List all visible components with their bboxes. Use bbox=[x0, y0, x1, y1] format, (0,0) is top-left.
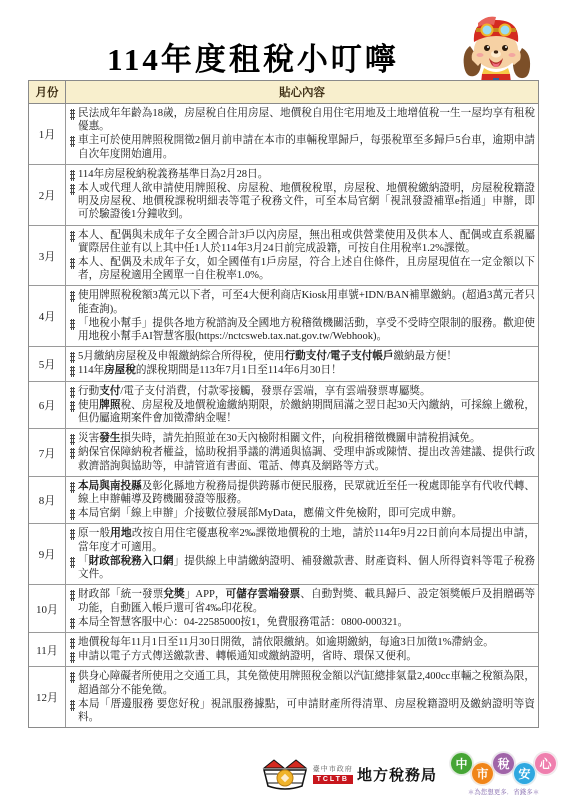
bullet-icon bbox=[70, 109, 75, 120]
content-cell: 5月繳納房屋稅及申報繳納綜合所得稅，使用行動支付/電子支付帳戶繳納最方便！114… bbox=[66, 347, 538, 380]
bullet-icon bbox=[70, 170, 75, 181]
page-header: 114年度租稅小叮嚀 bbox=[0, 0, 566, 80]
reminder-item-text: 本局官網「線上申辦」介接數位發展部MyData，應備文件免檢附，即可完成申辦。 bbox=[78, 507, 462, 520]
reminder-item-text: 114年房屋稅納稅義務基準日為2月28日。 bbox=[78, 168, 268, 181]
month-cell: 8月 bbox=[29, 477, 66, 524]
content-cell: 災害發生損失時，請先拍照並在30天內檢附相關文件，向稅捐稽徵機關申請稅捐減免。納… bbox=[66, 429, 538, 476]
brand-circle: 安 bbox=[513, 762, 536, 785]
table-row: 4月使用牌照稅稅額3萬元以下者，可至4大便利商店Kiosk用車號+IDN/BAN… bbox=[29, 286, 538, 347]
month-cell: 9月 bbox=[29, 524, 66, 584]
reminder-item-text: 申請以電子方式傳送繳款書、轉帳通知或繳納證明，省時、環保又便利。 bbox=[78, 650, 417, 663]
month-cell: 5月 bbox=[29, 347, 66, 380]
table-row: 10月財政部「統一發票兌獎」APP，可儲存雲端發票、自動對獎、載具歸戶、設定領獎… bbox=[29, 585, 538, 633]
bullet-icon bbox=[70, 529, 75, 540]
month-cell: 3月 bbox=[29, 226, 66, 286]
reminder-item-text: 使用牌照稅、房屋稅及地價稅逾繳納期限，於繳納期間屆滿之翌日起30天內繳納，可採線… bbox=[78, 399, 535, 425]
month-cell: 11月 bbox=[29, 633, 66, 666]
reminder-item: 車主可於使用牌照稅開徵2個月前申請在本市的車輛稅單歸戶，每張稅單至多歸戶5台車，… bbox=[70, 134, 535, 160]
reminder-item: 114年房屋稅的課稅期間是113年7月1日至114年6月30日！ bbox=[70, 364, 535, 377]
brand-circle: 市 bbox=[471, 762, 494, 785]
brand-slogan: ＊為您想更多．省錢多＊ bbox=[468, 787, 540, 796]
bureau-logo: 臺中市政府 TCLTB 地方稅務局 bbox=[262, 758, 437, 790]
content-cell: 行動支付/電子支付消費，付款零接觸，發票存雲端，享有雲端發票專屬獎。使用牌照稅、… bbox=[66, 382, 538, 429]
reminder-item-text: 「地稅小幫手」提供各地方稅諮詢及全國地方稅稽徵機關活動，享受不受時空限制的服務。… bbox=[78, 317, 535, 343]
reminder-item: 使用牌照稅稅額3萬元以下者，可至4大便利商店Kiosk用車號+IDN/BAN補單… bbox=[70, 289, 535, 315]
reminder-item: 供身心障礙者所使用之交通工具，其免徵使用牌照稅金額以汽缸總排氣量2,400cc車… bbox=[70, 670, 535, 696]
content-header-cell: 貼心內容 bbox=[66, 81, 538, 103]
bureau-name: 地方稅務局 bbox=[357, 764, 437, 785]
brand-circle: 心 bbox=[534, 752, 557, 775]
bullet-icon bbox=[70, 291, 75, 302]
bullet-icon bbox=[70, 509, 75, 520]
table-row: 7月災害發生損失時，請先拍照並在30天內檢附相關文件，向稅捐稽徵機關申請稅捐減免… bbox=[29, 429, 538, 477]
bullet-icon bbox=[70, 482, 75, 493]
reminder-item: 「財政部稅務入口網」提供線上申請繳納證明、補發繳款書、財產資料、個人所得資料等電… bbox=[70, 555, 535, 581]
page-footer: 臺中市政府 TCLTB 地方稅務局 中市稅安心 ＊為您想更多．省錢多＊ bbox=[0, 748, 556, 800]
reminder-item: 民法成年年齡為18歲，房屋稅自住用房屋、地價稅自用住宅用地及土地增值稅一生一屋均… bbox=[70, 107, 535, 133]
reminder-item: 納保官保障納稅者權益，協助稅捐爭議的溝通與協調、受理申訴或陳情、提出改善建議、提… bbox=[70, 446, 535, 472]
reminder-item: 原一般用地改按自用住宅優惠稅率2‰課徵地價稅的土地，請於114年9月22日前向本… bbox=[70, 527, 535, 553]
month-cell: 12月 bbox=[29, 667, 66, 727]
reminder-item: 地價稅每年11月1日至11月30日開徵，請依限繳納。如逾期繳納，每逾3日加徵1%… bbox=[70, 636, 535, 649]
reminder-item-text: 本局全智慧客服中心：04-22585000按1，免費服務電話：0800-0003… bbox=[78, 616, 408, 629]
bullet-icon bbox=[70, 387, 75, 398]
bureau-government-name: 臺中市政府 bbox=[313, 764, 353, 774]
page-title: 114年度租稅小叮嚀 bbox=[0, 34, 506, 79]
bullet-icon bbox=[70, 618, 75, 629]
content-cell: 原一般用地改按自用住宅優惠稅率2‰課徵地價稅的土地，請於114年9月22日前向本… bbox=[66, 524, 538, 584]
reminder-item: 5月繳納房屋稅及申報繳納綜合所得稅，使用行動支付/電子支付帳戶繳納最方便！ bbox=[70, 350, 535, 363]
bureau-abbr-badge: TCLTB bbox=[313, 775, 353, 784]
table-row: 1月民法成年年齡為18歲，房屋稅自住用房屋、地價稅自用住宅用地及土地增值稅一生一… bbox=[29, 104, 538, 165]
reminder-item-text: 本人、配偶與未成年子女全國合計3戶以內房屋，無出租或供營業使用及供本人、配偶或直… bbox=[78, 229, 535, 255]
reminder-item: 114年房屋稅納稅義務基準日為2月28日。 bbox=[70, 168, 535, 181]
reminder-item-text: 本局「厝邊服務 要您好稅」視訊服務據點，可申請財產所得清單、房屋稅籍證明及繳納證… bbox=[78, 698, 535, 724]
bullet-icon bbox=[70, 258, 75, 269]
reminder-item: 「地稅小幫手」提供各地方稅諮詢及全國地方稅稽徵機關活動，享受不受時空限制的服務。… bbox=[70, 317, 535, 343]
reminder-item-text: 本人、配偶及未成年子女，如全國僅有1戶房屋，符合上述自住條件，且房屋現值在一定金… bbox=[78, 256, 535, 282]
reminder-table: 月份 貼心內容 1月民法成年年齡為18歲，房屋稅自住用房屋、地價稅自用住宅用地及… bbox=[28, 80, 539, 728]
content-cell: 本人、配偶與未成年子女全國合計3戶以內房屋，無出租或供營業使用及供本人、配偶或直… bbox=[66, 226, 538, 286]
month-cell: 1月 bbox=[29, 104, 66, 164]
reminder-item-text: 行動支付/電子支付消費，付款零接觸，發票存雲端，享有雲端發票專屬獎。 bbox=[78, 385, 431, 398]
reminder-item: 本人、配偶與未成年子女全國合計3戶以內房屋，無出租或供營業使用及供本人、配偶或直… bbox=[70, 229, 535, 255]
bureau-logo-icon bbox=[262, 758, 308, 790]
month-cell: 7月 bbox=[29, 429, 66, 476]
bullet-icon bbox=[70, 366, 75, 377]
reminder-item: 災害發生損失時，請先拍照並在30天內檢附相關文件，向稅捐稽徵機關申請稅捐減免。 bbox=[70, 432, 535, 445]
bullet-icon bbox=[70, 652, 75, 663]
reminder-item-text: 災害發生損失時，請先拍照並在30天內檢附相關文件，向稅捐稽徵機關申請稅捐減免。 bbox=[78, 432, 481, 445]
reminder-item-text: 地價稅每年11月1日至11月30日開徵，請依限繳納。如逾期繳納，每逾3日加徵1%… bbox=[78, 636, 494, 649]
reminder-item-text: 使用牌照稅稅額3萬元以下者，可至4大便利商店Kiosk用車號+IDN/BAN補單… bbox=[78, 289, 535, 315]
reminder-item-text: 「財政部稅務入口網」提供線上申請繳納證明、補發繳款書、財產資料、個人所得資料等電… bbox=[78, 555, 535, 581]
reminder-item: 行動支付/電子支付消費，付款零接觸，發票存雲端，享有雲端發票專屬獎。 bbox=[70, 385, 535, 398]
reminder-item: 本局「厝邊服務 要您好稅」視訊服務據點，可申請財產所得清單、房屋稅籍證明及繳納證… bbox=[70, 698, 535, 724]
brand-circle: 稅 bbox=[492, 752, 515, 775]
content-cell: 114年房屋稅納稅義務基準日為2月28日。本人或代理人欲申請使用牌照稅、房屋稅、… bbox=[66, 165, 538, 225]
month-cell: 2月 bbox=[29, 165, 66, 225]
table-row: 8月本局與南投縣及彰化縣地方稅務局提供跨縣市便民服務，民眾就近至任一稅處即能享有… bbox=[29, 477, 538, 525]
brand-circles: 中市稅安心 bbox=[451, 752, 556, 786]
month-header-cell: 月份 bbox=[29, 81, 66, 103]
table-row: 11月地價稅每年11月1日至11月30日開徵，請依限繳納。如逾期繳納，每逾3日加… bbox=[29, 633, 538, 667]
brand-logo: 中市稅安心 ＊為您想更多．省錢多＊ bbox=[451, 752, 556, 796]
bullet-icon bbox=[70, 557, 75, 568]
reminder-item-text: 原一般用地改按自用住宅優惠稅率2‰課徵地價稅的土地，請於114年9月22日前向本… bbox=[78, 527, 535, 553]
table-row: 5月5月繳納房屋稅及申報繳納綜合所得稅，使用行動支付/電子支付帳戶繳納最方便！1… bbox=[29, 347, 538, 381]
table-header-row: 月份 貼心內容 bbox=[29, 81, 538, 104]
reminder-item-text: 財政部「統一發票兌獎」APP，可儲存雲端發票、自動對獎、載具歸戶、設定領獎帳戶及… bbox=[78, 588, 535, 614]
month-cell: 10月 bbox=[29, 585, 66, 632]
content-cell: 地價稅每年11月1日至11月30日開徵，請依限繳納。如逾期繳納，每逾3日加徵1%… bbox=[66, 633, 538, 666]
bullet-icon bbox=[70, 184, 75, 195]
month-cell: 6月 bbox=[29, 382, 66, 429]
table-row: 12月供身心障礙者所使用之交通工具，其免徵使用牌照稅金額以汽缸總排氣量2,400… bbox=[29, 667, 538, 727]
table-row: 2月114年房屋稅納稅義務基準日為2月28日。本人或代理人欲申請使用牌照稅、房屋… bbox=[29, 165, 538, 226]
reminder-item: 本局官網「線上申辦」介接數位發展部MyData，應備文件免檢附，即可完成申辦。 bbox=[70, 507, 535, 520]
bullet-icon bbox=[70, 231, 75, 242]
reminder-item-text: 民法成年年齡為18歲，房屋稅自住用房屋、地價稅自用住宅用地及土地增值稅一生一屋均… bbox=[78, 107, 535, 133]
reminder-item: 本人、配偶及未成年子女，如全國僅有1戶房屋，符合上述自住條件，且房屋現值在一定金… bbox=[70, 256, 535, 282]
reminder-table-body: 1月民法成年年齡為18歲，房屋稅自住用房屋、地價稅自用住宅用地及土地增值稅一生一… bbox=[29, 104, 538, 727]
content-cell: 財政部「統一發票兌獎」APP，可儲存雲端發票、自動對獎、載具歸戶、設定領獎帳戶及… bbox=[66, 585, 538, 632]
reminder-item: 本人或代理人欲申請使用牌照稅、房屋稅、地價稅稅單，房屋稅、地價稅繳納證明，房屋稅… bbox=[70, 182, 535, 222]
reminder-item-text: 納保官保障納稅者權益，協助稅捐爭議的溝通與協調、受理申訴或陳情、提出改善建議、提… bbox=[78, 446, 535, 472]
bullet-icon bbox=[70, 434, 75, 445]
reminder-item: 財政部「統一發票兌獎」APP，可儲存雲端發票、自動對獎、載具歸戶、設定領獎帳戶及… bbox=[70, 588, 535, 614]
reminder-item-text: 本局與南投縣及彰化縣地方稅務局提供跨縣市便民服務，民眾就近至任一稅處即能享有代收… bbox=[78, 480, 535, 506]
reminder-item-text: 本人或代理人欲申請使用牌照稅、房屋稅、地價稅稅單，房屋稅、地價稅繳納證明，房屋稅… bbox=[78, 182, 535, 222]
month-cell: 4月 bbox=[29, 286, 66, 346]
reminder-item-text: 5月繳納房屋稅及申報繳納綜合所得稅，使用行動支付/電子支付帳戶繳納最方便！ bbox=[78, 350, 457, 363]
reminder-item-text: 114年房屋稅的課稅期間是113年7月1日至114年6月30日！ bbox=[78, 364, 342, 377]
content-cell: 供身心障礙者所使用之交通工具，其免徵使用牌照稅金額以汽缸總排氣量2,400cc車… bbox=[66, 667, 538, 727]
bullet-icon bbox=[70, 136, 75, 147]
content-cell: 本局與南投縣及彰化縣地方稅務局提供跨縣市便民服務，民眾就近至任一稅處即能享有代收… bbox=[66, 477, 538, 524]
bullet-icon bbox=[70, 401, 75, 412]
bullet-icon bbox=[70, 448, 75, 459]
reminder-item-text: 供身心障礙者所使用之交通工具，其免徵使用牌照稅金額以汽缸總排氣量2,400cc車… bbox=[78, 670, 535, 696]
bullet-icon bbox=[70, 672, 75, 683]
bullet-icon bbox=[70, 700, 75, 711]
reminder-item: 使用牌照稅、房屋稅及地價稅逾繳納期限，於繳納期間屆滿之翌日起30天內繳納，可採線… bbox=[70, 399, 535, 425]
brand-circle: 中 bbox=[450, 752, 473, 775]
reminder-item: 本局與南投縣及彰化縣地方稅務局提供跨縣市便民服務，民眾就近至任一稅處即能享有代收… bbox=[70, 480, 535, 506]
content-cell: 使用牌照稅稅額3萬元以下者，可至4大便利商店Kiosk用車號+IDN/BAN補單… bbox=[66, 286, 538, 346]
bullet-icon bbox=[70, 590, 75, 601]
table-row: 9月原一般用地改按自用住宅優惠稅率2‰課徵地價稅的土地，請於114年9月22日前… bbox=[29, 524, 538, 585]
bullet-icon bbox=[70, 352, 75, 363]
content-cell: 民法成年年齡為18歲，房屋稅自住用房屋、地價稅自用住宅用地及土地增值稅一生一屋均… bbox=[66, 104, 538, 164]
reminder-item-text: 車主可於使用牌照稅開徵2個月前申請在本市的車輛稅單歸戶，每張稅單至多歸戶5台車，… bbox=[78, 134, 535, 160]
bullet-icon bbox=[70, 319, 75, 330]
reminder-item: 本局全智慧客服中心：04-22585000按1，免費服務電話：0800-0003… bbox=[70, 616, 535, 629]
table-row: 3月本人、配偶與未成年子女全國合計3戶以內房屋，無出租或供營業使用及供本人、配偶… bbox=[29, 226, 538, 287]
table-row: 6月行動支付/電子支付消費，付款零接觸，發票存雲端，享有雲端發票專屬獎。使用牌照… bbox=[29, 382, 538, 430]
bullet-icon bbox=[70, 638, 75, 649]
reminder-item: 申請以電子方式傳送繳款書、轉帳通知或繳納證明，省時、環保又便利。 bbox=[70, 650, 535, 663]
